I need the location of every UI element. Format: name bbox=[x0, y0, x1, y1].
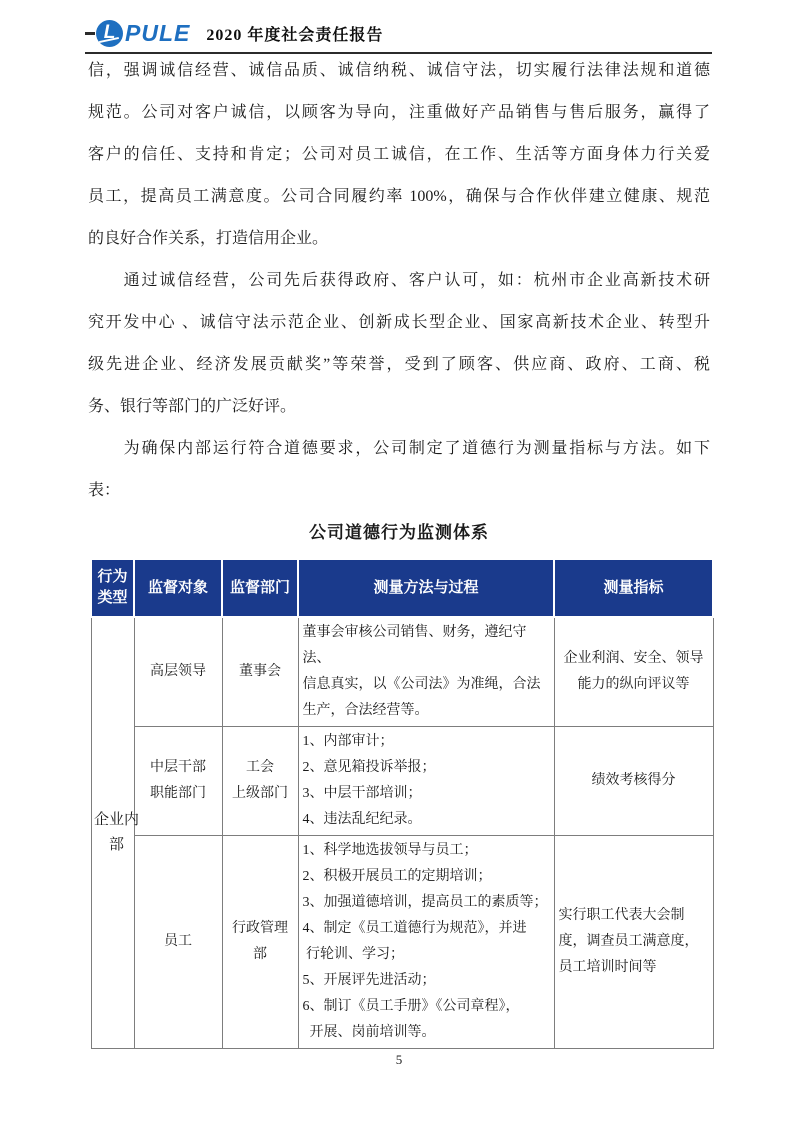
indicator-line: 实行职工代表大会制 bbox=[559, 903, 709, 929]
table-body: 企业内部高层领导董事会董事会审核公司销售、财务，遵纪守法、信息真实，以《公司法》… bbox=[91, 617, 713, 1049]
logo-dash bbox=[85, 32, 95, 35]
method-line: 开展、岗前培训等。 bbox=[303, 1020, 550, 1046]
table-title: 公司道德行为监测体系 bbox=[88, 518, 710, 543]
method-line: 行轮训、学习； bbox=[303, 942, 550, 968]
indicator-line: 度，调查员工满意度， bbox=[559, 929, 709, 955]
method-line: 6、制订《员工手册》《公司章程》， bbox=[303, 994, 550, 1020]
target-cell: 员工 bbox=[134, 836, 222, 1049]
column-header: 行为类型 bbox=[91, 559, 134, 617]
logo-text: PULE bbox=[125, 20, 190, 47]
indicator-line: 企业利润、安全、领导 bbox=[559, 646, 709, 672]
method-line: 5、开展评先进活动； bbox=[303, 968, 550, 994]
report-page: L PULE 2020 年度社会责任报告 信，强调诚信经营、诚信品质、诚信纳税、… bbox=[0, 0, 794, 1123]
method-cell: 1、科学地选拔领导与员工；2、积极开展员工的定期培训；3、加强道德培训，提高员工… bbox=[298, 836, 554, 1049]
method-line: 董事会审核公司销售、财务，遵纪守法、 bbox=[303, 620, 550, 672]
company-logo: L PULE bbox=[85, 20, 190, 47]
text-line: 信，强调诚信经营、诚信品质、诚信纳税、诚信守法，切实履行法律法规和道德 bbox=[88, 50, 710, 92]
ethics-monitoring-table: 行为类型监督对象监督部门测量方法与过程测量指标 企业内部高层领导董事会董事会审核… bbox=[90, 558, 714, 1049]
method-line: 4、制定《员工道德行为规范》，并进 bbox=[303, 916, 550, 942]
report-header-title: 2020 年度社会责任报告 bbox=[206, 22, 383, 45]
target-line: 职能部门 bbox=[139, 781, 218, 807]
column-header: 测量方法与过程 bbox=[298, 559, 554, 617]
logo-icon: L bbox=[96, 20, 123, 47]
text-line: 客户的信任、支持和肯定；公司对员工诚信，在工作、生活等方面身体力行关爱 bbox=[88, 134, 710, 176]
department-line: 工会 bbox=[227, 755, 294, 781]
target-cell: 中层干部职能部门 bbox=[134, 727, 222, 836]
column-header: 测量指标 bbox=[554, 559, 713, 617]
method-line: 生产，合法经营等。 bbox=[303, 698, 550, 724]
indicator-line: 绩效考核得分 bbox=[559, 768, 709, 794]
department-line: 行政管理部 bbox=[227, 916, 294, 968]
method-cell: 1、内部审计；2、意见箱投诉举报；3、中层干部培训；4、违法乱纪纪录。 bbox=[298, 727, 554, 836]
indicator-line: 员工培训时间等 bbox=[559, 955, 709, 981]
text-line: 为确保内部运行符合道德要求，公司制定了道德行为测量指标与方法。如下 bbox=[88, 428, 710, 470]
text-line: 的良好合作关系，打造信用企业。 bbox=[88, 218, 710, 260]
table-header-row: 行为类型监督对象监督部门测量方法与过程测量指标 bbox=[91, 559, 713, 617]
method-line: 3、中层干部培训； bbox=[303, 781, 550, 807]
indicator-line: 能力的纵向评议等 bbox=[559, 672, 709, 698]
department-cell: 行政管理部 bbox=[222, 836, 298, 1049]
method-line: 1、科学地选拔领导与员工； bbox=[303, 838, 550, 864]
text-line: 规范。公司对客户诚信，以顾客为导向，注重做好产品销售与售后服务，赢得了 bbox=[88, 92, 710, 134]
target-line: 中层干部 bbox=[139, 755, 218, 781]
paragraph: 通过诚信经营，公司先后获得政府、客户认可，如：杭州市企业高新技术研究开发中心 、… bbox=[88, 260, 710, 428]
text-line: 通过诚信经营，公司先后获得政府、客户认可，如：杭州市企业高新技术研 bbox=[88, 260, 710, 302]
column-header: 监督部门 bbox=[222, 559, 298, 617]
text-line: 员工，提高员工满意度。公司合同履约率 100%，确保与合作伙伴建立健康、规范 bbox=[88, 176, 710, 218]
indicator-cell: 绩效考核得分 bbox=[554, 727, 713, 836]
method-cell: 董事会审核公司销售、财务，遵纪守法、信息真实，以《公司法》为准绳，合法生产，合法… bbox=[298, 617, 554, 727]
paragraph: 为确保内部运行符合道德要求，公司制定了道德行为测量指标与方法。如下表： bbox=[88, 428, 710, 512]
indicator-cell: 实行职工代表大会制度，调查员工满意度，员工培训时间等 bbox=[554, 836, 713, 1049]
row-group-cell: 企业内部 bbox=[91, 617, 134, 1049]
text-line: 级先进企业、经济发展贡献奖”等荣誉，受到了顾客、供应商、政府、工商、税 bbox=[88, 344, 710, 386]
table-header: 行为类型监督对象监督部门测量方法与过程测量指标 bbox=[91, 559, 713, 617]
table-row: 企业内部高层领导董事会董事会审核公司销售、财务，遵纪守法、信息真实，以《公司法》… bbox=[91, 617, 713, 727]
text-line: 表： bbox=[88, 470, 710, 512]
logo-letter: L bbox=[104, 22, 116, 44]
indicator-cell: 企业利润、安全、领导能力的纵向评议等 bbox=[554, 617, 713, 727]
department-line: 董事会 bbox=[227, 659, 294, 685]
method-line: 1、内部审计； bbox=[303, 729, 550, 755]
method-line: 2、积极开展员工的定期培训； bbox=[303, 864, 550, 890]
department-line: 上级部门 bbox=[227, 781, 294, 807]
page-number: 5 bbox=[88, 1052, 710, 1068]
page-header: L PULE 2020 年度社会责任报告 bbox=[85, 14, 712, 54]
department-cell: 董事会 bbox=[222, 617, 298, 727]
paragraph: 信，强调诚信经营、诚信品质、诚信纳税、诚信守法，切实履行法律法规和道德规范。公司… bbox=[88, 50, 710, 260]
method-line: 2、意见箱投诉举报； bbox=[303, 755, 550, 781]
body-paragraphs: 信，强调诚信经营、诚信品质、诚信纳税、诚信守法，切实履行法律法规和道德规范。公司… bbox=[88, 50, 710, 512]
target-line: 高层领导 bbox=[139, 659, 218, 685]
column-header: 监督对象 bbox=[134, 559, 222, 617]
target-cell: 高层领导 bbox=[134, 617, 222, 727]
table-row: 中层干部职能部门工会上级部门1、内部审计；2、意见箱投诉举报；3、中层干部培训；… bbox=[91, 727, 713, 836]
text-line: 务、银行等部门的广泛好评。 bbox=[88, 386, 710, 428]
method-line: 3、加强道德培训，提高员工的素质等； bbox=[303, 890, 550, 916]
target-line: 员工 bbox=[139, 929, 218, 955]
table-row: 员工行政管理部1、科学地选拔领导与员工；2、积极开展员工的定期培训；3、加强道德… bbox=[91, 836, 713, 1049]
text-line: 究开发中心 、诚信守法示范企业、创新成长型企业、国家高新技术企业、转型升 bbox=[88, 302, 710, 344]
department-cell: 工会上级部门 bbox=[222, 727, 298, 836]
method-line: 4、违法乱纪纪录。 bbox=[303, 807, 550, 833]
method-line: 信息真实，以《公司法》为准绳，合法 bbox=[303, 672, 550, 698]
